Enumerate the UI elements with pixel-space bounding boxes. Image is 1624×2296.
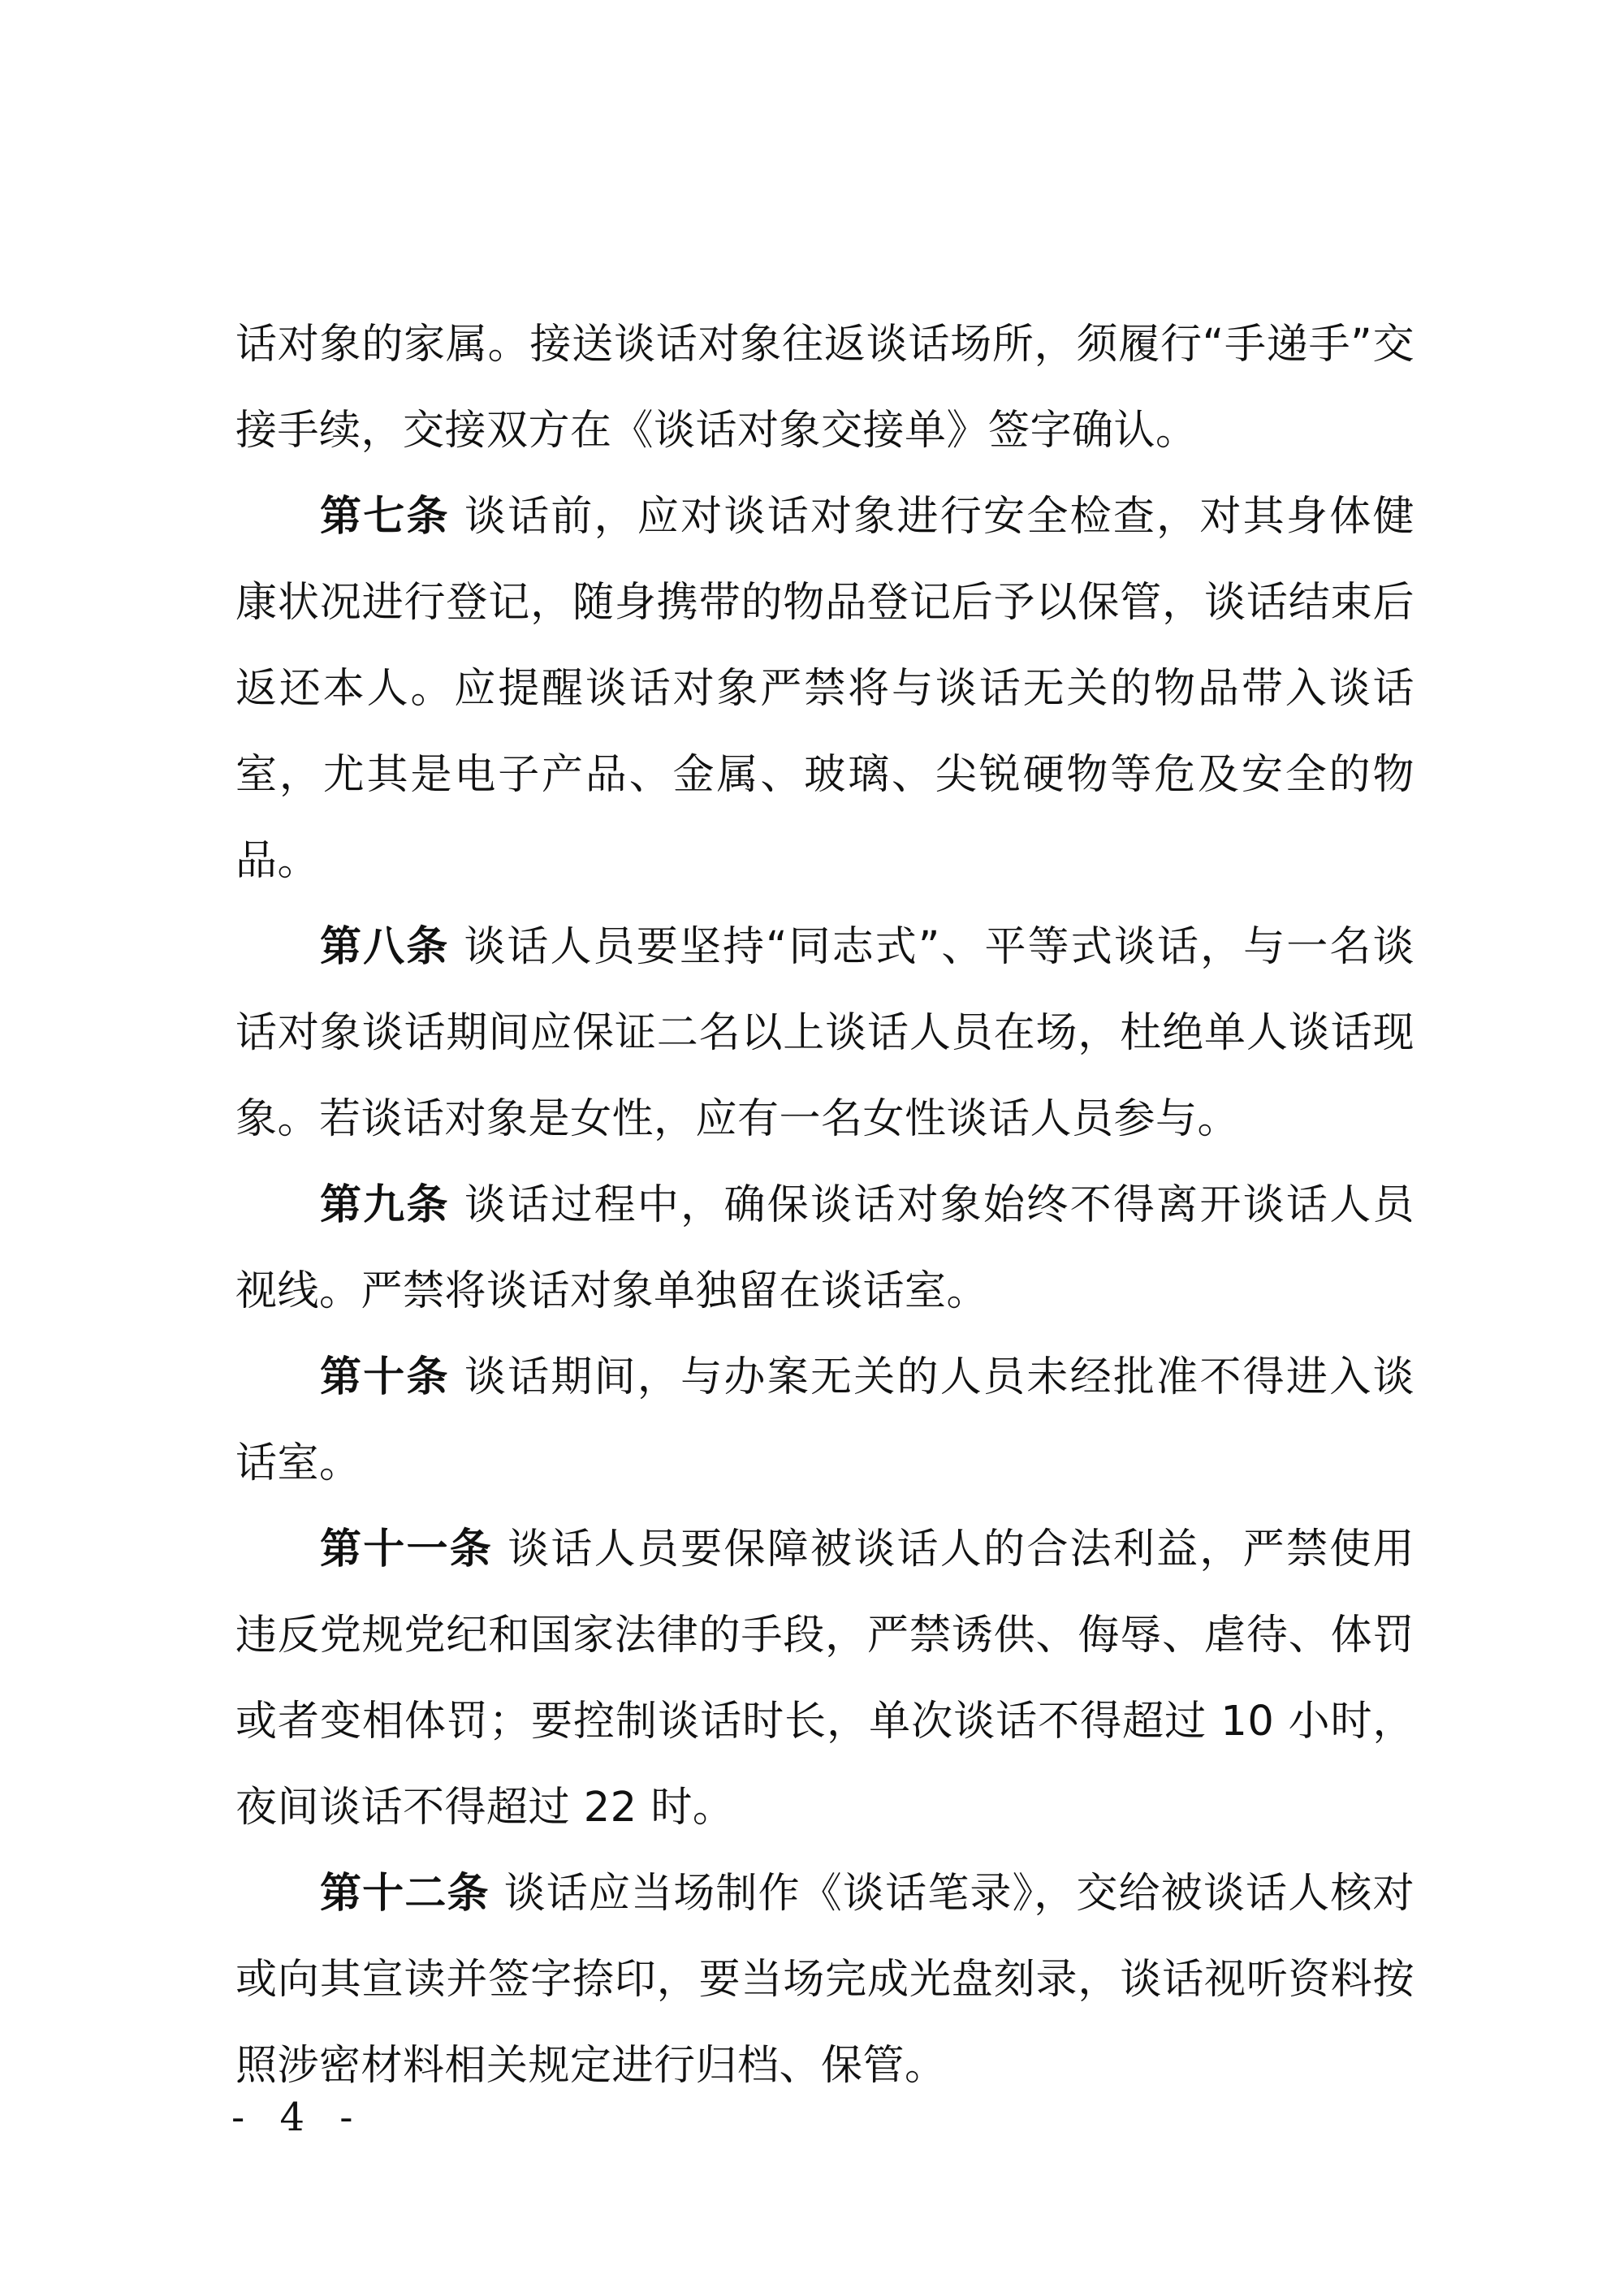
page-number: - 4 - (231, 2095, 365, 2140)
article-number: 第十一条 (320, 1526, 493, 1573)
article-number: 第九条 (320, 1181, 450, 1229)
document-body: 话对象的家属。接送谈话对象往返谈话场所，须履行“手递手”交接手续，交接双方在《谈… (235, 302, 1415, 2109)
paragraph-continuation: 话对象的家属。接送谈话对象往返谈话场所，须履行“手递手”交接手续，交接双方在《谈… (235, 302, 1415, 474)
article-11: 第十一条谈话人员要保障被谈话人的合法利益，严禁使用违反党规党纪和国家法律的手段，… (235, 1507, 1415, 1851)
article-number: 第七条 (320, 493, 450, 541)
article-7: 第七条谈话前，应对谈话对象进行安全检查，对其身体健康状况进行登记，随身携带的物品… (235, 474, 1415, 904)
article-10: 第十条谈话期间，与办案无关的人员未经批准不得进入谈话室。 (235, 1335, 1415, 1507)
article-text: 谈话前，应对谈话对象进行安全检查，对其身体健康状况进行登记，随身携带的物品登记后… (235, 493, 1415, 885)
article-number: 第八条 (320, 923, 449, 971)
article-8: 第八条谈话人员要坚持“同志式”、平等式谈话，与一名谈话对象谈话期间应保证二名以上… (235, 904, 1415, 1163)
article-12: 第十二条谈话应当场制作《谈话笔录》，交给被谈话人核对或向其宣读并签字捺印，要当场… (235, 1851, 1415, 2109)
paragraph-text: 话对象的家属。接送谈话对象往返谈话场所，须履行“手递手”交接手续，交接双方在《谈… (235, 321, 1415, 455)
article-number: 第十条 (320, 1353, 450, 1401)
article-number: 第十二条 (320, 1870, 490, 1918)
article-9: 第九条谈话过程中，确保谈话对象始终不得离开谈话人员视线。严禁将谈话对象单独留在谈… (235, 1163, 1415, 1335)
